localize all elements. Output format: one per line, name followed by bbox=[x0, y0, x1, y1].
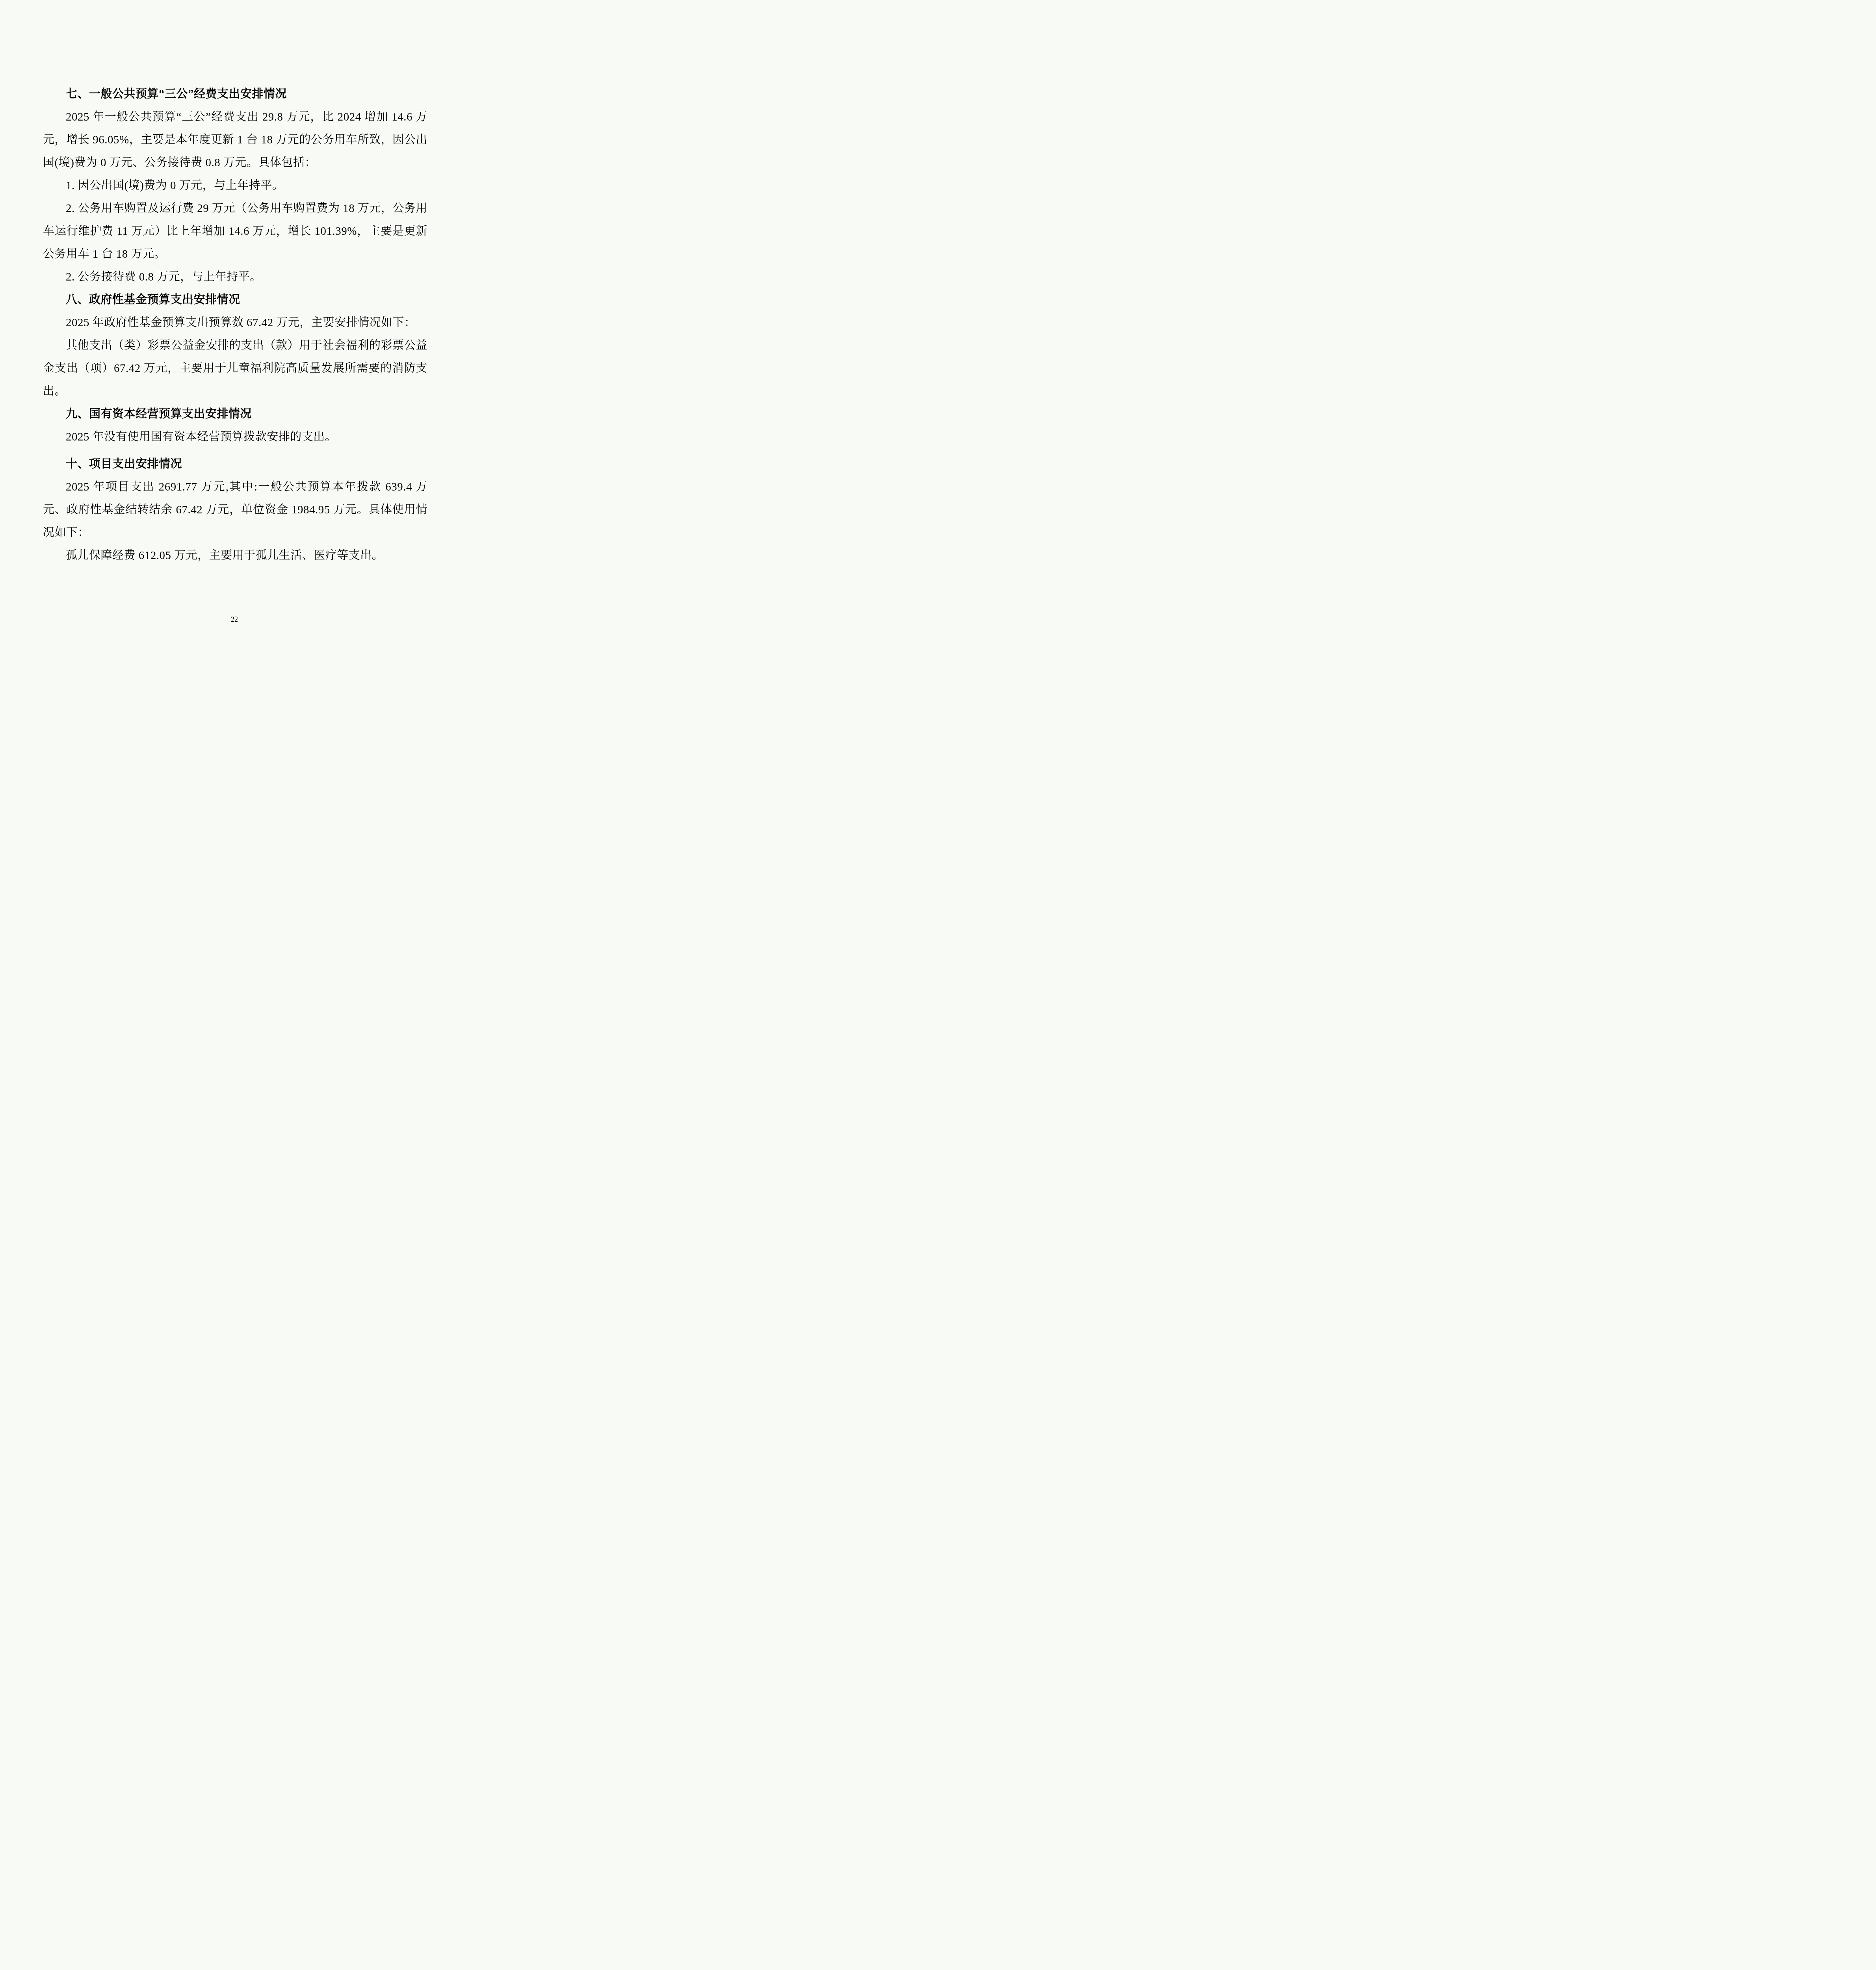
page-number: 22 bbox=[0, 611, 469, 627]
paragraph-sangong-overview: 2025 年一般公共预算“三公”经费支出 29.8 万元，比 2024 增加 1… bbox=[43, 106, 427, 174]
paragraph-fund-budget-total: 2025 年政府性基金预算支出预算数 67.42 万元，主要安排情况如下： bbox=[43, 311, 427, 334]
document-content: 七、一般公共预算“三公”经费支出安排情况 2025 年一般公共预算“三公”经费支… bbox=[43, 0, 427, 567]
paragraph-lottery-welfare-fund: 其他支出（类）彩票公益金安排的支出（款）用于社会福利的彩票公益金支出（项）67.… bbox=[43, 334, 427, 403]
paragraph-item2-reception-expense: 2. 公务接待费 0.8 万元，与上年持平。 bbox=[43, 266, 427, 288]
paragraph-item1-abroad-expense: 1. 因公出国(境)费为 0 万元，与上年持平。 bbox=[43, 174, 427, 197]
paragraph-project-expenditure-total: 2025 年项目支出 2691.77 万元,其中:一般公共预算本年拨款 639.… bbox=[43, 476, 427, 544]
section-heading-eight-government-fund: 八、政府性基金预算支出安排情况 bbox=[43, 288, 427, 311]
section-heading-seven-sangong-budget: 七、一般公共预算“三公”经费支出安排情况 bbox=[43, 83, 427, 106]
paragraph-orphan-support-fund: 孤儿保障经费 612.05 万元，主要用于孤儿生活、医疗等支出。 bbox=[43, 544, 427, 567]
paragraph-state-capital-none: 2025 年没有使用国有资本经营预算拨款安排的支出。 bbox=[43, 426, 427, 448]
section-heading-ten-project-expenditure: 十、项目支出安排情况 bbox=[43, 453, 427, 476]
section-heading-nine-state-capital: 九、国有资本经营预算支出安排情况 bbox=[43, 403, 427, 426]
paragraph-item2-vehicle-expense: 2. 公务用车购置及运行费 29 万元（公务用车购置费为 18 万元，公务用车运… bbox=[43, 197, 427, 266]
